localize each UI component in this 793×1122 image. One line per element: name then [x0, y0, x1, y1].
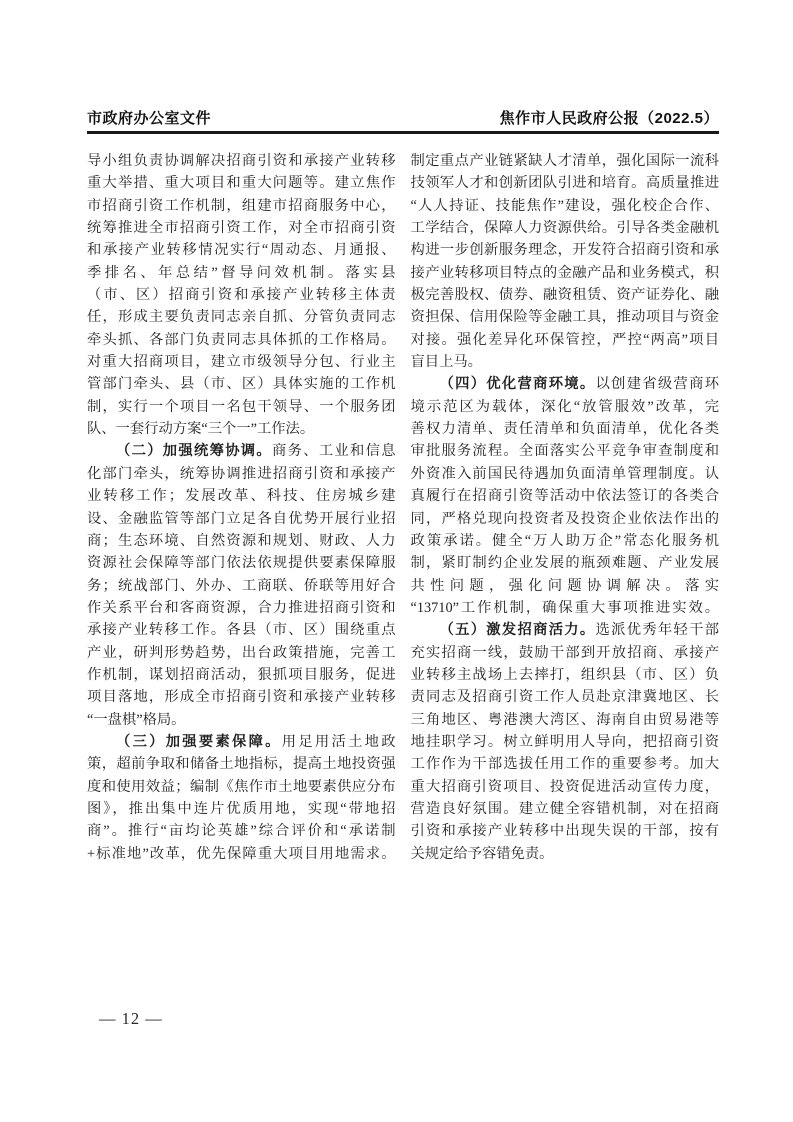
line-text: 营造良好氛围。建立健全容错机制，对在招商: [411, 801, 720, 817]
line-text: 制定重点产业链紧缺人才清单，强化国际一流科: [411, 153, 720, 169]
text-line: 任，形成主要负责同志亲自抓、分管负责同志: [87, 306, 396, 328]
text-line: （三）加强要素保障。用足用活土地政: [87, 731, 396, 753]
body-columns: 导小组负责协调解决招商引资和承接产业转移重大举措、重大项目和重大问题等。建立焦作…: [87, 150, 719, 865]
line-text: 工学结合，保障人力资源供给。引导各类金融机: [411, 220, 720, 236]
text-line: （五）激发招商活力。选派优秀年轻干部: [411, 619, 720, 641]
line-text: 业转移主战场上去摔打，组织县（市、区）负: [411, 667, 720, 683]
text-line: 工学结合，保障人力资源供给。引导各类金融机: [411, 217, 720, 239]
text-line: 外资准入前国民待遇加负面清单管理制度。认: [411, 463, 720, 485]
line-text: 化部门牵头，统筹协调推进招商引资和承接产: [87, 466, 396, 482]
line-text: 以创建省级营商环: [596, 376, 719, 392]
text-line: 充实招商一线，鼓励干部到开放招商、承接产: [411, 642, 720, 664]
line-text: 善权力清单、责任清单和负面清单，优化各类: [411, 421, 720, 437]
line-text: （市、区）招商引资和承接产业转移主体责: [87, 287, 396, 303]
line-text: 重大举措、重大项目和重大问题等。建立焦作: [87, 175, 396, 191]
line-text: 和承接产业转移情况实行“周动态、月通报、: [87, 242, 396, 258]
line-text: 真履行在招商引资等活动中依法签订的各类合: [411, 488, 720, 504]
text-line: 资担保、信用保险等金融工具，推动项目与资金: [411, 306, 720, 328]
text-line: 构进一步创新服务理念，开发符合招商引资和承: [411, 239, 720, 261]
line-text: 业转移工作；发展改革、科技、住房城乡建: [87, 488, 396, 504]
line-text: 同，严格兑现向投资者及投资企业依法作出的: [411, 511, 720, 527]
text-line: 度和使用效益；编制《焦作市土地要素供应分布: [87, 776, 396, 798]
text-line: （四）优化营商环境。以创建省级营商环: [411, 373, 720, 395]
text-line: 审批服务流程。全面落实公平竞争审查制度和: [411, 440, 720, 462]
paragraph-heading: （五）激发招商活力。: [440, 622, 596, 638]
page-number: — 12 —: [99, 1009, 163, 1028]
text-line: 地挂职学习。树立鲜明用人导向，把招商引资: [411, 731, 720, 753]
text-line: “一盘棋”格局。: [87, 709, 396, 731]
line-text: 审批服务流程。全面落实公平竞争审查制度和: [411, 443, 720, 459]
paragraph-heading: （三）加强要素保障。: [116, 734, 282, 750]
line-text: 设、金融监管等部门立足各自优势开展行业招: [87, 511, 396, 527]
line-text: 队、一套行动方案“三个一”工作法。: [87, 421, 314, 437]
line-text: 责同志及招商引资工作人员赴京津冀地区、长: [411, 689, 720, 705]
text-line: 政策承诺。健全“万人助万企”常态化服务机: [411, 530, 720, 552]
text-line: 接产业转移项目特点的金融产品和业务模式，积: [411, 262, 720, 284]
line-text: 用足用活土地政: [282, 734, 396, 750]
line-text: 资担保、信用保险等金融工具，推动项目与资金: [411, 309, 720, 325]
text-line: 管部门牵头、县（市、区）具体实施的工作机: [87, 373, 396, 395]
text-line: 化部门牵头，统筹协调推进招商引资和承接产: [87, 463, 396, 485]
text-line: 作关系平台和客商资源，合力推进招商引资和: [87, 597, 396, 619]
line-text: 引资和承接产业转移中出现失误的干部，按有: [411, 823, 720, 839]
header-right-title: 焦作市人民政府公报（2022.5）: [500, 107, 719, 128]
text-line: 承接产业转移工作。各县（市、区）围绕重点: [87, 619, 396, 641]
line-text: 三角地区、粤港澳大湾区、海南自由贸易港等: [411, 712, 720, 728]
line-text: 管部门牵头、县（市、区）具体实施的工作机: [87, 376, 396, 392]
line-text: 接产业转移项目特点的金融产品和业务模式，积: [411, 265, 720, 281]
text-line: 对接。强化差异化环保管控，严控“两高”项目: [411, 329, 720, 351]
line-text: 重大招商引资项目、投资促进活动宣传力度，: [411, 779, 720, 795]
text-line: 和承接产业转移情况实行“周动态、月通报、: [87, 239, 396, 261]
text-line: 极完善股权、债券、融资租赁、资产证券化、融: [411, 284, 720, 306]
header-rule: [87, 131, 719, 134]
line-text: 对接。强化差异化环保管控，严控“两高”项目: [411, 332, 720, 348]
line-text: 地挂职学习。树立鲜明用人导向，把招商引资: [411, 734, 720, 750]
line-text: 统筹推进全市招商引资工作，对全市招商引资: [87, 220, 396, 236]
text-line: “人人持证、技能焦作”建设，强化校企合作、: [411, 195, 720, 217]
text-line: 真履行在招商引资等活动中依法签订的各类合: [411, 485, 720, 507]
text-line: 三角地区、粤港澳大湾区、海南自由贸易港等: [411, 709, 720, 731]
text-line: 牵头抓、各部门负责同志具体抓的工作格局。: [87, 329, 396, 351]
right-column: 制定重点产业链紧缺人才清单，强化国际一流科技领军人才和创新团队引进和培育。高质量…: [411, 150, 720, 865]
text-line: 技领军人才和创新团队引进和培育。高质量推进: [411, 172, 720, 194]
line-text: 选派优秀年轻干部: [596, 622, 719, 638]
paragraph-heading: （四）优化营商环境。: [440, 376, 596, 392]
text-line: 统筹推进全市招商引资工作，对全市招商引资: [87, 217, 396, 239]
text-line: 制，实行一个项目一名包干领导、一个服务团: [87, 396, 396, 418]
text-line: 制定重点产业链紧缺人才清单，强化国际一流科: [411, 150, 720, 172]
text-line: 境示范区为载体，深化“放管服效”改革，完: [411, 396, 720, 418]
line-text: 承接产业转移工作。各县（市、区）围绕重点: [87, 622, 396, 638]
line-text: 极完善股权、债券、融资租赁、资产证券化、融: [411, 287, 720, 303]
line-text: 策，超前争取和储备土地指标，提高土地投资强: [87, 756, 396, 772]
line-text: 季排名、年总结”督导问效机制。落实县: [87, 265, 396, 281]
text-line: 责同志及招商引资工作人员赴京津冀地区、长: [411, 686, 720, 708]
text-line: （市、区）招商引资和承接产业转移主体责: [87, 284, 396, 306]
text-line: 重大招商引资项目、投资促进活动宣传力度，: [411, 776, 720, 798]
text-line: 工作作为干部选拔任用工作的重要参考。加大: [411, 753, 720, 775]
line-text: 商”。推行“亩均论英雄”综合评价和“承诺制: [87, 823, 396, 839]
text-line: 商”。推行“亩均论英雄”综合评价和“承诺制: [87, 820, 396, 842]
line-text: 构进一步创新服务理念，开发符合招商引资和承: [411, 242, 720, 258]
text-line: 资源社会保障等部门依法依规提供要素保障服: [87, 552, 396, 574]
text-line: 市招商引资工作机制，组建市招商服务中心，: [87, 195, 396, 217]
paragraph-heading: （二）加强统筹协调。: [116, 443, 272, 459]
text-line: 设、金融监管等部门立足各自优势开展行业招: [87, 508, 396, 530]
line-text: 项目落地，形成全市招商引资和承接产业转移: [87, 689, 396, 705]
line-text: 对重大招商项目，建立市级领导分包、行业主: [87, 354, 396, 370]
line-text: 务；统战部门、外办、工商联、侨联等用好合: [87, 578, 396, 594]
text-line: 业转移工作；发展改革、科技、住房城乡建: [87, 485, 396, 507]
line-text: 制，紧盯制约企业发展的瓶颈难题、产业发展: [411, 555, 720, 571]
line-text: 任，形成主要负责同志亲自抓、分管负责同志: [87, 309, 396, 325]
line-text: “13710”工作机制，确保重大事项推进实效。: [411, 600, 720, 616]
line-text: 商；生态环境、自然资源和规划、财政、人力: [87, 533, 396, 549]
text-line: 商；生态环境、自然资源和规划、财政、人力: [87, 530, 396, 552]
line-text: 图》，推出集中连片优质用地，实现“带地招: [87, 801, 396, 817]
text-line: 项目落地，形成全市招商引资和承接产业转移: [87, 686, 396, 708]
line-text: “一盘棋”格局。: [87, 712, 185, 728]
line-text: 政策承诺。健全“万人助万企”常态化服务机: [411, 533, 720, 549]
page-header: 市政府办公室文件 焦作市人民政府公报（2022.5）: [87, 107, 719, 128]
line-text: 作关系平台和客商资源，合力推进招商引资和: [87, 600, 396, 616]
text-line: 善权力清单、责任清单和负面清单，优化各类: [411, 418, 720, 440]
line-text: 资源社会保障等部门依法依规提供要素保障服: [87, 555, 396, 571]
line-text: 境示范区为载体，深化“放管服效”改革，完: [411, 399, 720, 415]
line-text: 作机制，谋划招商活动，狠抓项目服务，促进: [87, 667, 396, 683]
line-text: “人人持证、技能焦作”建设，强化校企合作、: [411, 198, 720, 214]
text-line: “13710”工作机制，确保重大事项推进实效。: [411, 597, 720, 619]
text-line: （二）加强统筹协调。商务、工业和信息: [87, 440, 396, 462]
text-line: 共性问题，强化问题协调解决。落实: [411, 575, 720, 597]
text-line: 导小组负责协调解决招商引资和承接产业转移: [87, 150, 396, 172]
text-line: 务；统战部门、外办、工商联、侨联等用好合: [87, 575, 396, 597]
text-line: 营造良好氛围。建立健全容错机制，对在招商: [411, 798, 720, 820]
line-text: 技领军人才和创新团队引进和培育。高质量推进: [411, 175, 720, 191]
text-line: 业转移主战场上去摔打，组织县（市、区）负: [411, 664, 720, 686]
text-line: 同，严格兑现向投资者及投资企业依法作出的: [411, 508, 720, 530]
text-line: 对重大招商项目，建立市级领导分包、行业主: [87, 351, 396, 373]
line-text: 商务、工业和信息: [272, 443, 395, 459]
line-text: 市招商引资工作机制，组建市招商服务中心，: [87, 198, 396, 214]
text-line: 盲目上马。: [411, 351, 720, 373]
line-text: 共性问题，强化问题协调解决。落实: [411, 578, 720, 594]
text-line: +标准地”改革，优先保障重大项目用地需求。: [87, 843, 396, 865]
line-text: 导小组负责协调解决招商引资和承接产业转移: [87, 153, 396, 169]
text-line: 图》，推出集中连片优质用地，实现“带地招: [87, 798, 396, 820]
text-line: 产业，研判形势趋势，出台政策措施，完善工: [87, 642, 396, 664]
line-text: 牵头抓、各部门负责同志具体抓的工作格局。: [87, 332, 396, 348]
text-line: 队、一套行动方案“三个一”工作法。: [87, 418, 396, 440]
line-text: 工作作为干部选拔任用工作的重要参考。加大: [411, 756, 720, 772]
line-text: 充实招商一线，鼓励干部到开放招商、承接产: [411, 645, 720, 661]
page-footer: — 12 —: [99, 1009, 163, 1029]
line-text: +标准地”改革，优先保障重大项目用地需求。: [87, 846, 396, 862]
text-line: 引资和承接产业转移中出现失误的干部，按有: [411, 820, 720, 842]
line-text: 度和使用效益；编制《焦作市土地要素供应分布: [87, 779, 396, 795]
text-line: 作机制，谋划招商活动，狠抓项目服务，促进: [87, 664, 396, 686]
left-column: 导小组负责协调解决招商引资和承接产业转移重大举措、重大项目和重大问题等。建立焦作…: [87, 150, 396, 865]
line-text: 盲目上马。: [411, 354, 482, 370]
line-text: 外资准入前国民待遇加负面清单管理制度。认: [411, 466, 720, 482]
text-line: 季排名、年总结”督导问效机制。落实县: [87, 262, 396, 284]
header-left-title: 市政府办公室文件: [87, 107, 211, 128]
text-line: 重大举措、重大项目和重大问题等。建立焦作: [87, 172, 396, 194]
line-text: 制，实行一个项目一名包干领导、一个服务团: [87, 399, 396, 415]
text-line: 策，超前争取和储备土地指标，提高土地投资强: [87, 753, 396, 775]
line-text: 关规定给予容错免责。: [411, 846, 554, 862]
line-text: 产业，研判形势趋势，出台政策措施，完善工: [87, 645, 396, 661]
text-line: 关规定给予容错免责。: [411, 843, 720, 865]
text-line: 制，紧盯制约企业发展的瓶颈难题、产业发展: [411, 552, 720, 574]
document-page: 市政府办公室文件 焦作市人民政府公报（2022.5） 导小组负责协调解决招商引资…: [0, 0, 793, 1122]
